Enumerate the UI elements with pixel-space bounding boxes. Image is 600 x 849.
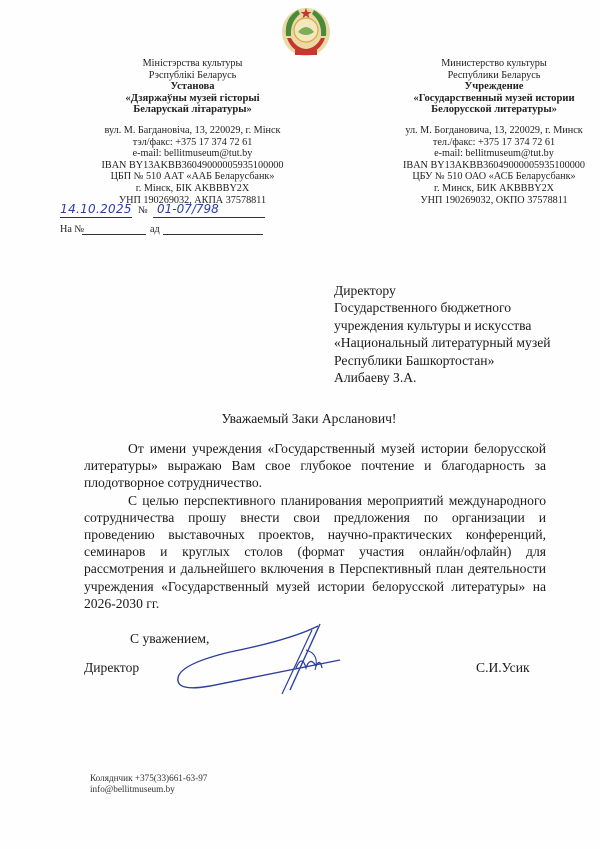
bank-line: ЦБУ № 510 ОАО «АСБ Беларусбанк» (388, 171, 600, 183)
registration-number: 01-07/798 (153, 202, 265, 218)
email-line: e-mail: bellitmuseum@tut.by (90, 148, 295, 160)
addressee-line: Государственного бюджетного (334, 299, 594, 316)
reference-from-label: ад (150, 224, 160, 235)
body-paragraph: От имени учреждения «Государственный муз… (84, 440, 546, 492)
ministry-line: Министерство культуры (388, 58, 600, 70)
institution-title: Белорусской литературы» (388, 104, 600, 116)
phone-line: тел./факс: +375 17 374 72 61 (388, 137, 600, 149)
addressee-line: учреждения культуры и искусства (334, 317, 594, 334)
salutation: Уважаемый Заки Арсланович! (0, 411, 600, 427)
bic-line: г. Мінск, БІК AKBBBY2X (90, 183, 295, 195)
body-paragraph: С целью перспективного планирования меро… (84, 492, 546, 612)
ministry-line: Рэспублікі Беларусь (90, 70, 295, 82)
ministry-line: Міністэрства культуры (90, 58, 295, 70)
number-label: № (138, 205, 148, 216)
institution-title: «Государственный музей истории (388, 93, 600, 105)
signature-icon (170, 620, 370, 700)
state-emblem-icon (278, 2, 334, 58)
address-line: вул. М. Багдановіча, 13, 220029, г. Мінс… (90, 125, 295, 137)
bic-line: г. Минск, БИК AKBBBY2X (388, 183, 600, 195)
signer-name: С.И.Усик (476, 660, 530, 676)
contact-email: info@bellitmuseum.by (90, 784, 207, 795)
address-line: ул. М. Богдановича, 13, 220029, г. Минск (388, 125, 600, 137)
addressee-line: «Национальный литературный музей (334, 334, 594, 351)
contact-footer: Коляднчик +375(33)661-63-97 info@bellitm… (90, 773, 207, 795)
letter-body: От имени учреждения «Государственный муз… (84, 440, 546, 612)
addressee-line: Директору (334, 282, 594, 299)
email-line: e-mail: bellitmuseum@tut.by (388, 148, 600, 160)
registration-block: 14.10.2025 № 01-07/798 На № ад (60, 202, 265, 238)
header-russian: Министерство культуры Республики Беларус… (388, 58, 600, 206)
letter-page: Міністэрства культуры Рэспублікі Беларус… (0, 0, 600, 849)
contact-phone: Коляднчик +375(33)661-63-97 (90, 773, 207, 784)
reference-number-blank (82, 234, 146, 235)
ministry-line: Республики Беларусь (388, 70, 600, 82)
institution-title: «Дзяржаўны музей гісторыі (90, 93, 295, 105)
registration-date: 14.10.2025 (60, 202, 132, 218)
addressee-line: Республики Башкортостан» (334, 352, 594, 369)
reference-label: На № (60, 224, 84, 235)
bank-line: ЦБП № 510 ААТ «ААБ Беларусбанк» (90, 171, 295, 183)
institution-title: Установа (90, 81, 295, 93)
reference-date-blank (163, 234, 263, 235)
header-belarusian: Міністэрства культуры Рэспублікі Беларус… (90, 58, 295, 206)
addressee-name: Алибаеву З.А. (334, 369, 594, 386)
phone-line: тэл/факс: +375 17 374 72 61 (90, 137, 295, 149)
institution-title: Беларускай літаратуры» (90, 104, 295, 116)
institution-title: Учреждение (388, 81, 600, 93)
iban-line: IBAN BY13AKBB36049000005935100000 (388, 160, 600, 172)
iban-line: IBAN BY13AKBB36049000005935100000 (90, 160, 295, 172)
tax-id-line: УНП 190269032, ОКПО 37578811 (388, 195, 600, 207)
signer-title: Директор (84, 660, 139, 676)
addressee-block: Директору Государственного бюджетного уч… (334, 282, 594, 386)
